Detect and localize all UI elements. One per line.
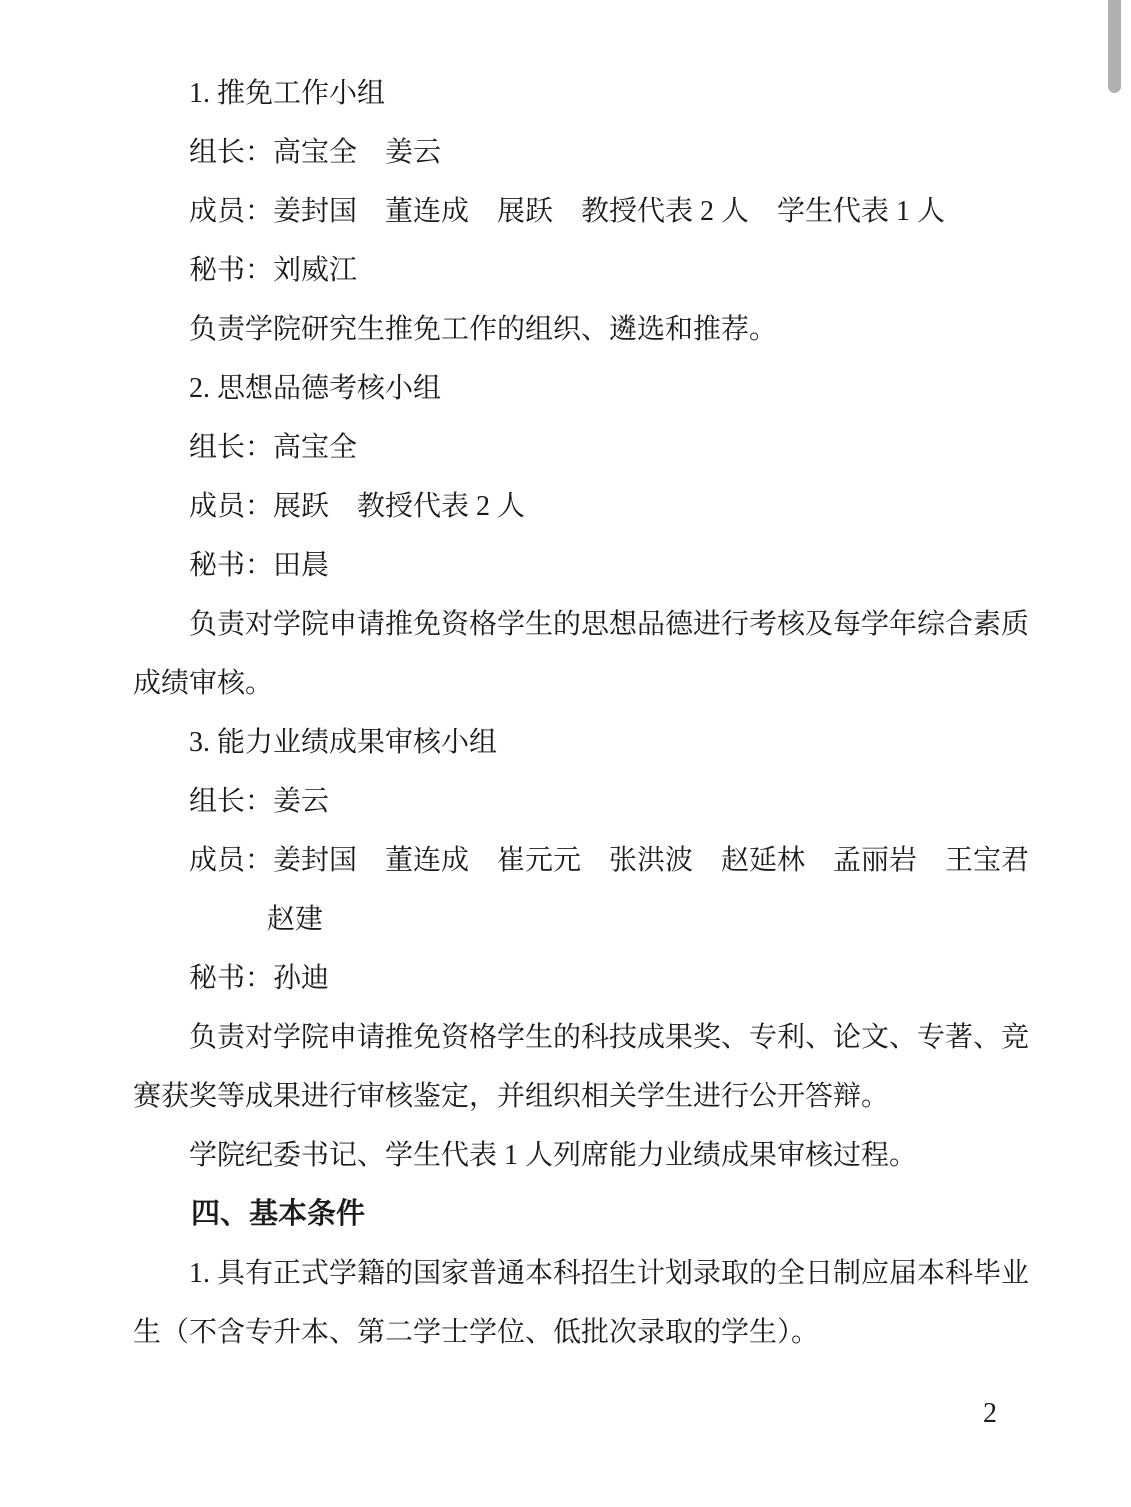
- document-page: 1. 推免工作小组 组长：高宝全 姜云 成员：姜封国 董连成 展跃 教授代表 2…: [0, 0, 1131, 1507]
- group2-duty-line-1: 负责对学院申请推免资格学生的思想品德进行考核及每学年综合素质: [133, 595, 1010, 654]
- condition1-line-1: 1. 具有正式学籍的国家普通本科招生计划录取的全日制应届本科毕业: [133, 1244, 1010, 1303]
- group3-duty-line-2: 赛获奖等成果进行审核鉴定，并组织相关学生进行公开答辩。: [133, 1067, 1010, 1126]
- condition1-line-2: 生（不含专升本、第二学士学位、低批次录取的学生）。: [133, 1303, 1010, 1362]
- scrollbar-thumb[interactable]: [1108, 0, 1121, 93]
- group3-title-line: 3. 能力业绩成果审核小组: [133, 713, 1010, 772]
- group3-secretary-line: 秘书：孙迪: [133, 949, 1010, 1008]
- group1-title-line: 1. 推免工作小组: [133, 64, 1010, 123]
- group1-leader-line: 组长：高宝全 姜云: [133, 123, 1010, 182]
- group1-duty-line: 负责学院研究生推免工作的组织、遴选和推荐。: [133, 300, 1010, 359]
- group1-members-line: 成员：姜封国 董连成 展跃 教授代表 2 人 学生代表 1 人: [133, 182, 1010, 241]
- observer-note-line: 学院纪委书记、学生代表 1 人列席能力业绩成果审核过程。: [133, 1126, 1010, 1185]
- document-body: 1. 推免工作小组 组长：高宝全 姜云 成员：姜封国 董连成 展跃 教授代表 2…: [133, 64, 1010, 1362]
- group2-duty-line-2: 成绩审核。: [133, 654, 1010, 713]
- group3-members-line-1: 成员：姜封国 董连成 崔元元 张洪波 赵延林 孟丽岩 王宝君: [133, 831, 1010, 890]
- page-number: 2: [960, 1398, 1020, 1430]
- group1-secretary-line: 秘书：刘威江: [133, 241, 1010, 300]
- group3-duty-line-1: 负责对学院申请推免资格学生的科技成果奖、专利、论文、专著、竞: [133, 1008, 1010, 1067]
- section-heading-basic-conditions: 四、基本条件: [133, 1185, 1010, 1244]
- group2-members-line: 成员：展跃 教授代表 2 人: [133, 477, 1010, 536]
- group2-title-line: 2. 思想品德考核小组: [133, 359, 1010, 418]
- group2-secretary-line: 秘书：田晨: [133, 536, 1010, 595]
- group3-members-line-2: 赵建: [133, 890, 1010, 949]
- group3-leader-line: 组长：姜云: [133, 772, 1010, 831]
- group2-leader-line: 组长：高宝全: [133, 418, 1010, 477]
